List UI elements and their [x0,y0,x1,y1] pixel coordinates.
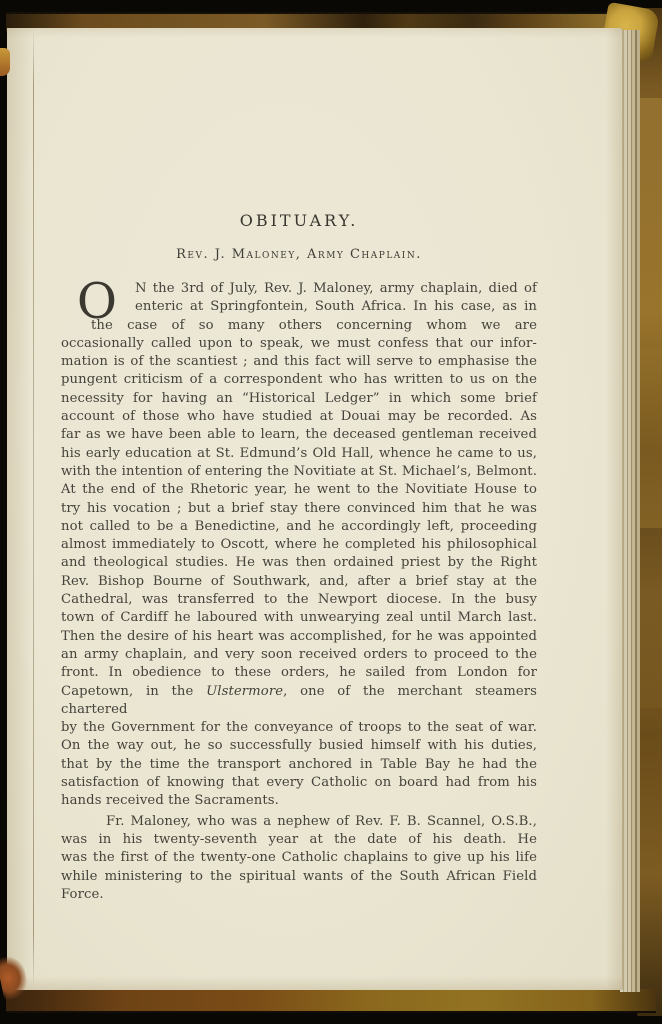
paragraph-1: O N the 3rd of July, Rev. J. Maloney, ar… [61,280,537,811]
obituary-subtitle: Rev. J. Maloney, Army Chaplain. [61,247,537,262]
text-line: with the intention of entering the Novit… [61,463,537,481]
page-gutter-fold [33,28,34,990]
text-line: the case of so many others concerning wh… [91,317,537,335]
leather-patch-light [638,98,662,348]
text-line: Rev. Bishop Bourne of Southwark, and, af… [61,573,537,591]
book-page: OBITUARY. Rev. J. Maloney, Army Chaplain… [7,28,623,990]
text-line: Fr. Maloney, who was a nephew of Rev. F.… [61,813,537,831]
scanned-book-photo: OBITUARY. Rev. J. Maloney, Army Chaplain… [0,0,662,1024]
text-line: enteric at Springfontein, South Africa. … [61,298,537,316]
text-line: far as we have been able to learn, the d… [61,426,537,444]
text-line: Force. [61,886,537,904]
frayed-edge-top-left [0,48,10,76]
paragraph-2: Fr. Maloney, who was a nephew of Rev. F.… [61,813,537,904]
drop-cap-letter: O [75,281,119,315]
text-line: while ministering to the spiritual wants… [61,868,537,886]
obituary-body: O N the 3rd of July, Rev. J. Maloney, ar… [61,280,537,904]
obituary-title: OBITUARY. [61,211,537,230]
text-line: necessity for having an “Historical Ledg… [61,390,537,408]
text-line: an army chaplain, and very soon received… [61,646,537,664]
text-line: Then the desire of his heart was accompl… [61,628,537,646]
text-line: At the end of the Rhetoric year, he went… [61,481,537,499]
text-line: Cathedral, was transferred to the Newpor… [61,591,537,609]
text-line: by the Government for the conveyance of … [61,719,537,737]
page-content: OBITUARY. Rev. J. Maloney, Army Chaplain… [61,28,537,990]
book-cover-bottom-edge [6,989,656,1013]
text-line: was the first of the twenty-one Catholic… [61,849,537,867]
text-line: N the 3rd of July, Rev. J. Maloney, army… [61,280,537,298]
text-line: satisfaction of knowing that every Catho… [61,774,537,792]
text-line: was in his twenty-seventh year at the da… [61,831,537,849]
book-cover-right-edge [637,8,662,1016]
text-line: On the way out, he so successfully busie… [61,737,537,755]
text-line: town of Cardiff he laboured with unweary… [61,609,537,627]
text-line: pungent criticism of a correspondent who… [61,371,537,389]
text-line: Capetown, in the Ulstermore, one of the … [61,683,537,720]
text-line: try his vocation ; but a brief stay ther… [61,500,537,518]
text-line: almost immediately to Oscott, where he c… [61,536,537,554]
leather-patch-dark [638,528,662,708]
text-line: and theological studies. He was then ord… [61,554,537,572]
page-stack-fore-edge [620,30,640,992]
text-line: mation is of the scantiest ; and this fa… [61,353,537,371]
text-line: hands received the Sacraments. [61,792,537,810]
text-line: his early education at St. Edmund’s Old … [61,445,537,463]
text-line: that by the time the transport anchored … [61,756,537,774]
text-line: occasionally called upon to speak, we mu… [61,335,537,353]
text-line: front. In obedience to these orders, he … [61,664,537,682]
text-line: account of those who have studied at Dou… [61,408,537,426]
text-line: not called to be a Benedictine, and he a… [61,518,537,536]
